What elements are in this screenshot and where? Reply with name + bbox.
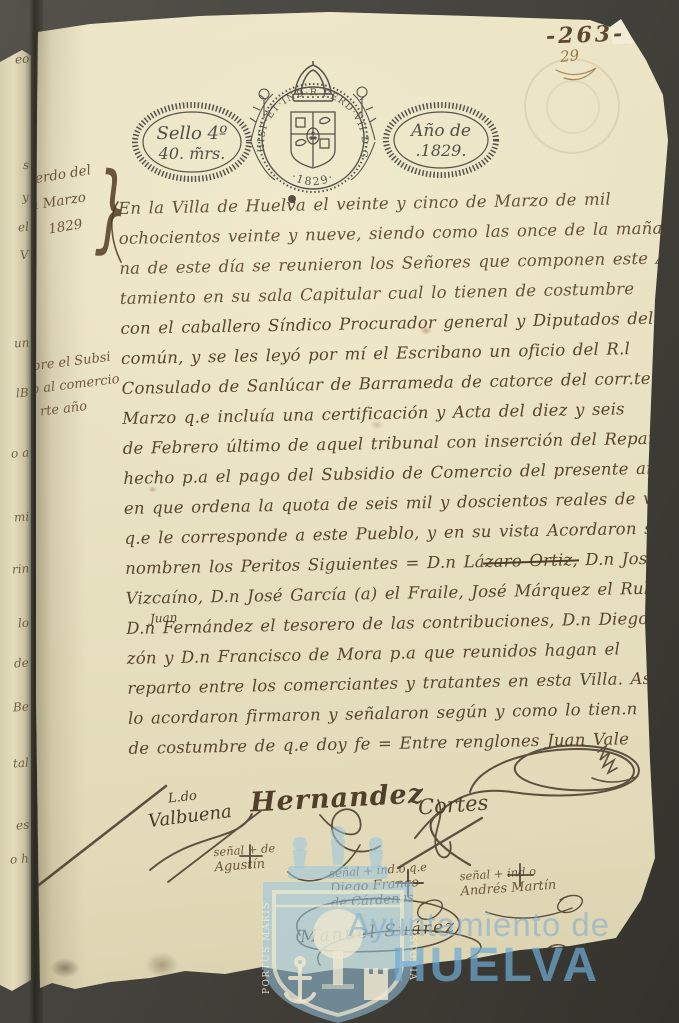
martin-rubric xyxy=(558,895,583,912)
hernandez-rubric xyxy=(320,809,380,851)
witness-mark-agustin: señal + de Agustín xyxy=(213,841,277,875)
svg-text:·1829·: ·1829· xyxy=(289,170,337,188)
stamp-sello-line: Sello 4º xyxy=(157,123,229,144)
signature-final: Manuel Suárez xyxy=(299,917,456,948)
edge-text-fragment: eo xyxy=(14,52,29,67)
edge-text-fragment: el xyxy=(18,220,30,235)
edge-text-fragment: tal xyxy=(13,755,30,770)
previous-page-edge: eo s y el V un lB o a mi rin lo de Be ta… xyxy=(0,0,31,1023)
foxing-spot xyxy=(148,486,157,493)
margin-note-date: uerdo del a Marzo 1829 xyxy=(24,153,125,244)
signature-grade: L.do xyxy=(167,789,197,807)
edge-text-fragment: lB xyxy=(16,386,30,401)
edge-text-fragment: Be xyxy=(13,699,30,714)
tax-stamp: HISP·ET·IND·R FERD·VII·D·G ·1829· Sello … xyxy=(130,60,525,205)
embossed-seal-inner xyxy=(546,80,600,134)
svg-text:HISP·ET·IND·R FERD·VII·D·: HISP·ET·IND·R FERD·VII·D·G xyxy=(256,87,370,159)
crown-icon xyxy=(293,60,333,101)
ink-stain xyxy=(50,958,80,978)
royal-arms-shield xyxy=(291,112,335,168)
edge-text-fragment: es xyxy=(15,818,29,833)
ink-stain xyxy=(145,952,179,978)
edge-text-fragment: lo xyxy=(17,616,29,631)
edge-text-fragment: o h xyxy=(10,851,30,866)
edge-text-fragment: o a xyxy=(10,445,29,460)
document-page: -263- 29 xyxy=(0,0,679,1023)
interlineation-juan: Juan xyxy=(150,610,178,625)
stamp-year-bottom: ·1829· xyxy=(289,170,337,188)
manuscript-body: En la Villa de Huelva el veinte y cinco … xyxy=(118,189,644,769)
folio-number: -263- xyxy=(546,21,626,50)
edge-text-fragment: rin xyxy=(11,561,29,576)
stamp-mrs-line: 40. m̃rs. xyxy=(158,144,226,163)
edge-text-fragment: mi xyxy=(13,509,29,524)
tower-icon xyxy=(364,968,388,1000)
margin-note-subject: obre el Subsi io al comercio rte año xyxy=(23,344,131,425)
witness-mark-martin: señal + ind.o Andrés Martín xyxy=(459,863,557,900)
stamp-ano-line: Año de xyxy=(409,121,471,141)
edge-text-fragment: un xyxy=(13,335,29,350)
foxing-spot xyxy=(420,326,432,335)
edge-text-fragment: de xyxy=(14,656,30,671)
signature-hernandez: Hernandez xyxy=(249,778,424,818)
stamp-legend: HISP·ET·IND·R FERD·VII·D·G xyxy=(256,87,370,159)
witness-mark-name: Agustín xyxy=(214,856,277,875)
signature-valbuena: Valbuena xyxy=(147,801,233,832)
garland-ornaments xyxy=(250,87,376,180)
scanned-document: eo s y el V un lB o a mi rin lo de Be ta… xyxy=(0,0,679,1023)
witness-mark-cardenas: señal + ind.o q.e Diego Franco de Cárden… xyxy=(329,860,430,912)
foxing-spot xyxy=(370,420,384,430)
stamp-year-line: .1829. xyxy=(416,141,467,160)
folio-secondary-number: 29 xyxy=(559,46,580,66)
signature-cortes: Cortes xyxy=(417,791,489,820)
